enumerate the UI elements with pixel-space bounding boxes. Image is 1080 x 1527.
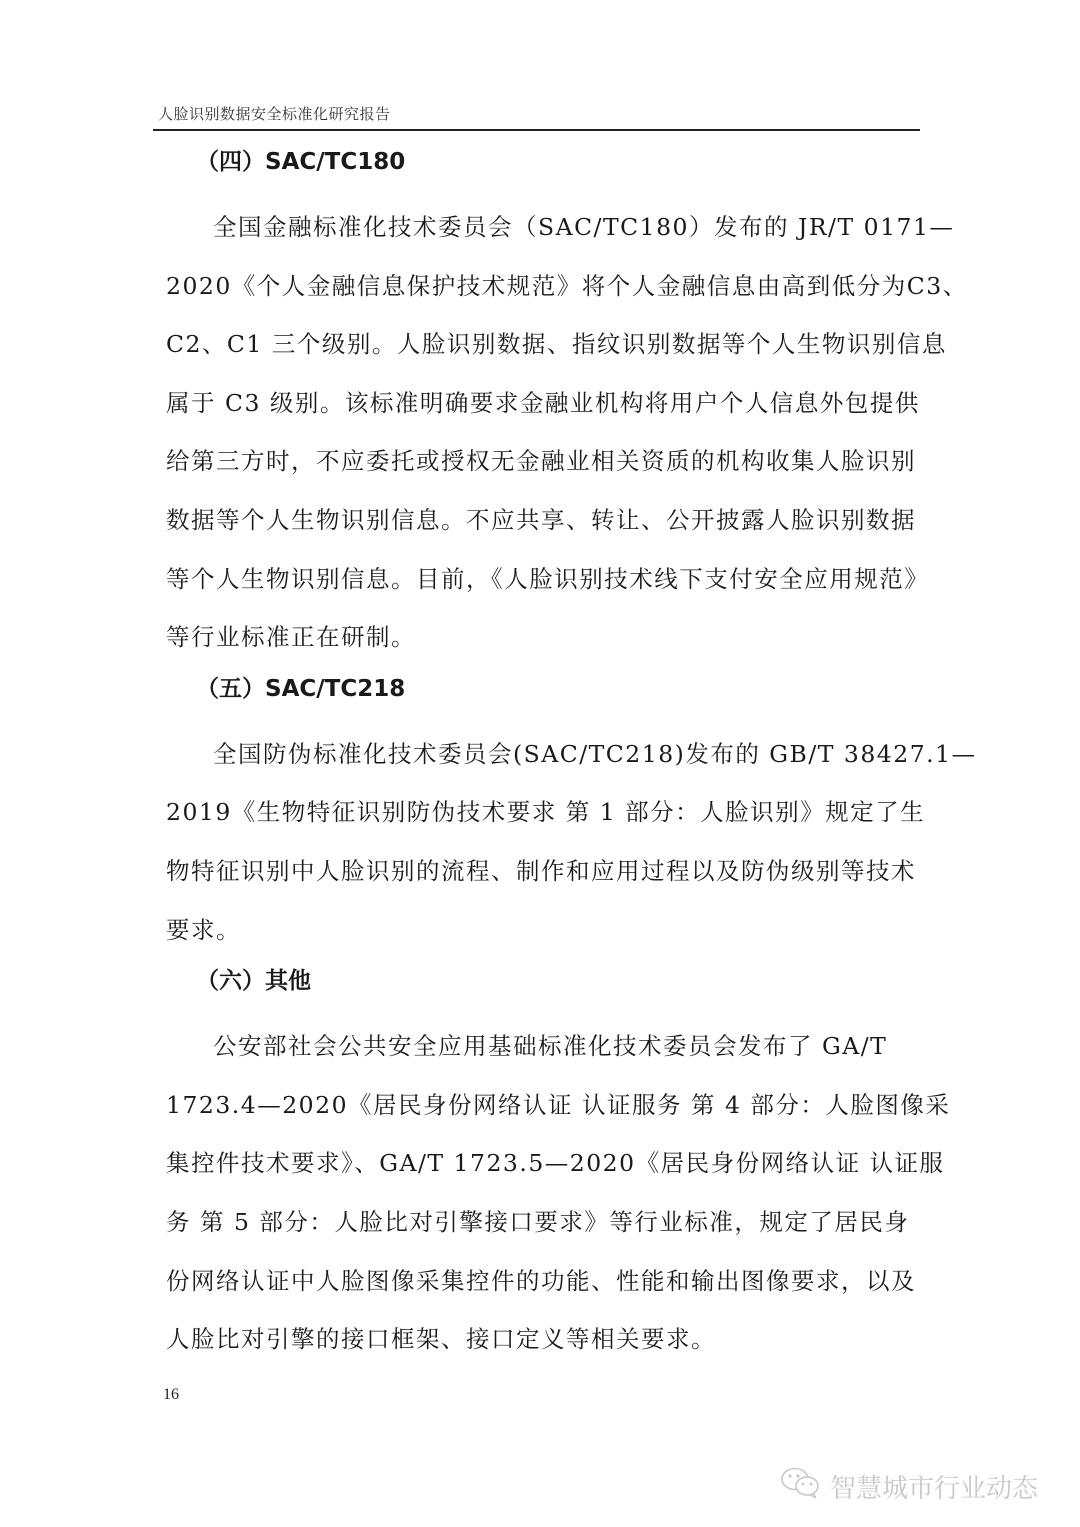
text-line: 给第三方时，不应委托或授权无金融业相关资质的机构收集人脸识别: [166, 432, 918, 491]
text-line: 务 第 5 部分：人脸比对引擎接口要求》等行业标准，规定了居民身: [166, 1193, 918, 1252]
text-line: 属于 C3 级别。该标准明确要求金融业机构将用户个人信息外包提供: [166, 374, 918, 433]
text-line: 人脸比对引擎的接口框架、接口定义等相关要求。: [166, 1310, 918, 1369]
header-rule: [153, 129, 920, 131]
text-line: 2019《生物特征识别防伪技术要求 第 1 部分：人脸识别》规定了生: [166, 783, 918, 842]
text-line: 集控件技术要求》、GA/T 1723.5—2020《居民身份网络认证 认证服: [166, 1134, 918, 1193]
text-line: 等行业标准正在研制。: [166, 608, 918, 667]
paragraph: 全国防伪标准化技术委员会(SAC/TC218)发布的 GB/T 38427.1—…: [166, 725, 918, 959]
text-line: 要求。: [166, 901, 918, 960]
section-heading: （六）其他: [166, 959, 918, 1017]
text-line: 全国防伪标准化技术委员会(SAC/TC218)发布的 GB/T 38427.1—: [166, 725, 918, 784]
text-line: 数据等个人生物识别信息。不应共享、转让、公开披露人脸识别数据: [166, 491, 918, 550]
section-heading: （四）SAC/TC180: [166, 140, 918, 198]
section-sac-tc218: （五）SAC/TC218 全国防伪标准化技术委员会(SAC/TC218)发布的 …: [166, 667, 918, 959]
paragraph: 公安部社会公共安全应用基础标准化技术委员会发布了 GA/T 1723.4—202…: [166, 1017, 918, 1369]
page-number: 16: [163, 1386, 179, 1404]
watermark: 智慧城市行业动态: [780, 1466, 1038, 1507]
text-line: 物特征识别中人脸识别的流程、制作和应用过程以及防伪级别等技术: [166, 842, 918, 901]
text-line: 全国金融标准化技术委员会（SAC/TC180）发布的 JR/T 0171—: [166, 198, 918, 257]
text-line: 等个人生物识别信息。目前，《人脸识别技术线下支付安全应用规范》: [166, 550, 918, 609]
section-other: （六）其他 公安部社会公共安全应用基础标准化技术委员会发布了 GA/T 1723…: [166, 959, 918, 1369]
watermark-text: 智慧城市行业动态: [830, 1468, 1038, 1505]
text-line: 1723.4—2020《居民身份网络认证 认证服务 第 4 部分：人脸图像采: [166, 1076, 918, 1135]
wechat-icon: [780, 1466, 830, 1507]
text-line: 公安部社会公共安全应用基础标准化技术委员会发布了 GA/T: [166, 1017, 918, 1076]
section-sac-tc180: （四）SAC/TC180 全国金融标准化技术委员会（SAC/TC180）发布的 …: [166, 140, 918, 667]
paragraph: 全国金融标准化技术委员会（SAC/TC180）发布的 JR/T 0171— 20…: [166, 198, 918, 667]
section-heading: （五）SAC/TC218: [166, 667, 918, 725]
text-line: 份网络认证中人脸图像采集控件的功能、性能和输出图像要求，以及: [166, 1252, 918, 1311]
text-line: 2020《个人金融信息保护技术规范》将个人金融信息由高到低分为C3、: [166, 257, 918, 316]
document-body: （四）SAC/TC180 全国金融标准化技术委员会（SAC/TC180）发布的 …: [166, 140, 918, 1369]
text-line: C2、C1 三个级别。人脸识别数据、指纹识别数据等个人生物识别信息: [166, 315, 918, 374]
running-header-title: 人脸识别数据安全标准化研究报告: [158, 103, 391, 124]
